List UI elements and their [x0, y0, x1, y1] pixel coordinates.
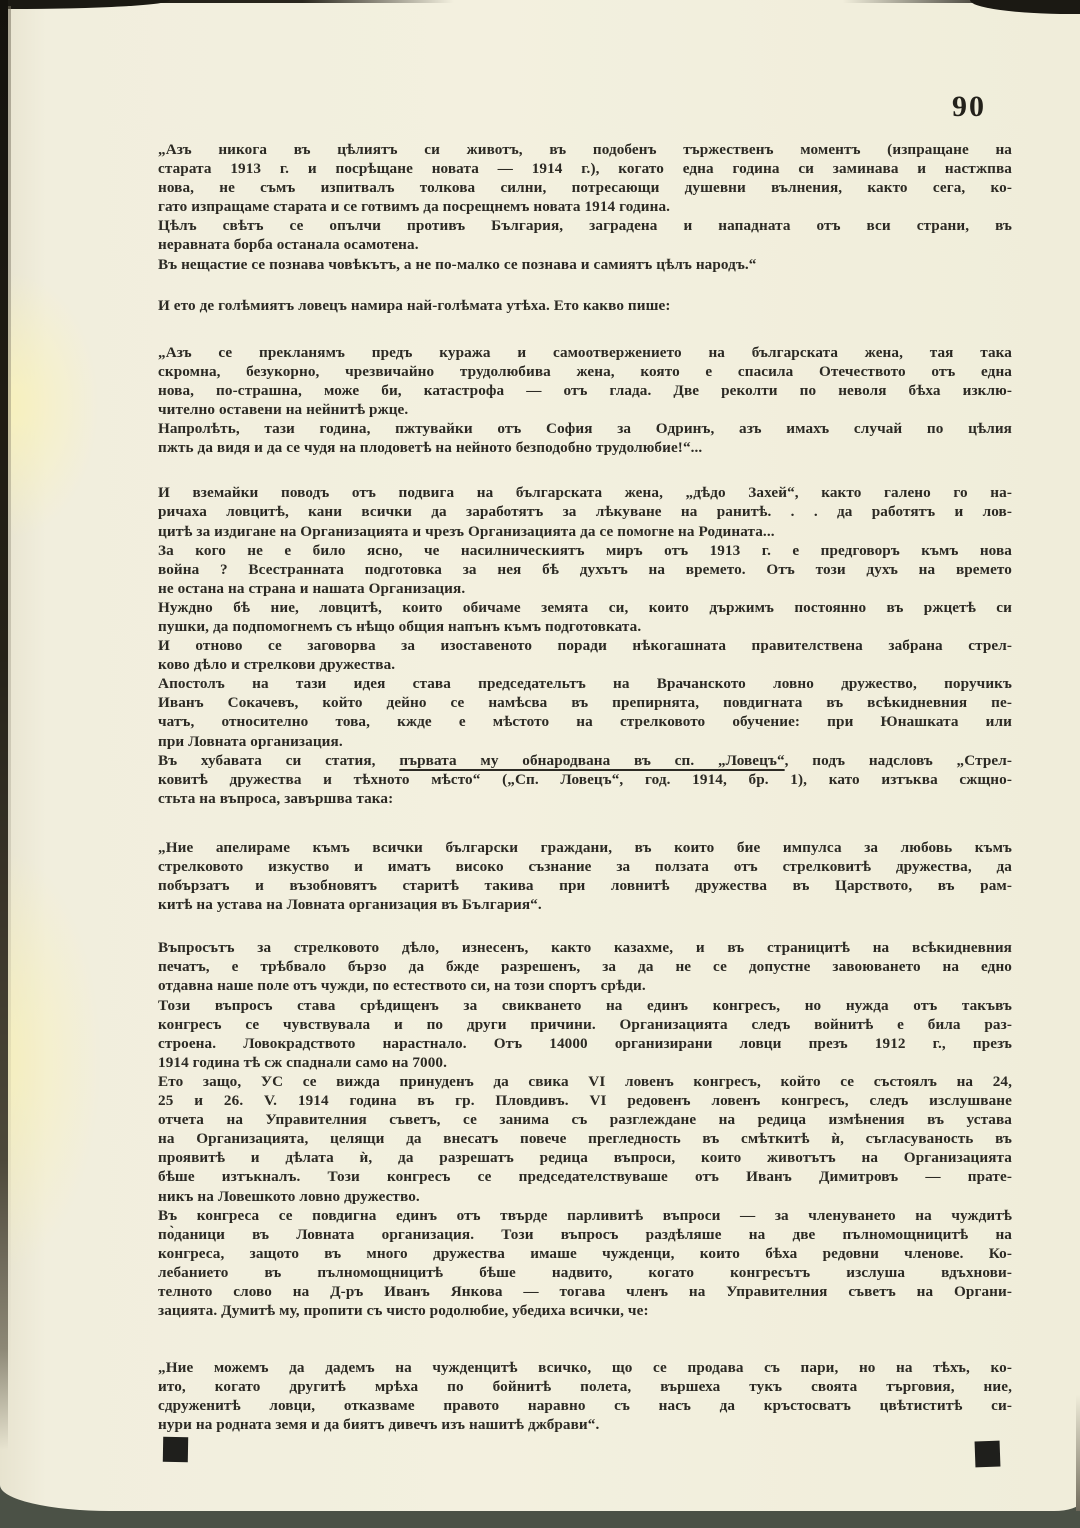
text-line: Въпросътъ за стрелковото дѣло, изнесенъ,… — [158, 938, 1012, 957]
page-number: 90 — [952, 90, 986, 124]
text-line: конгреса, защото въ много дружества имаш… — [158, 1244, 1012, 1263]
book-spine-edge-shadow — [0, 0, 8, 1450]
text-line: Въ конгреса се повдигна единъ отъ твърде… — [158, 1206, 1012, 1225]
scanned-book-page: 90 „Азъ никога въ цѣлиятъ си животъ, въ … — [0, 0, 1080, 1528]
paragraph-block: „Азъ никога въ цѣлиятъ си животъ, въ под… — [158, 140, 1012, 274]
text-line: 25 и 26. V. 1914 година въ гр. Пловдивъ.… — [158, 1091, 1012, 1110]
text-line: Напролѣть, тази година, пжтувайки отъ Со… — [158, 419, 1012, 438]
text-line: никъ на Ловешкото ловно дружество. — [158, 1187, 1012, 1206]
text-line: по̀даници въ Ловната организация. Този в… — [158, 1225, 1012, 1244]
text-segment: , подъ надсловъ „Стрел- — [785, 752, 1012, 769]
text-line: „Азъ се прекланямъ предъ куража и самоот… — [158, 343, 1012, 362]
text-line: И ето де голѣмиятъ ловецъ намира най-гол… — [158, 296, 1012, 315]
text-line: война ? Всестранната подготовка за нея б… — [158, 560, 1012, 579]
text-line: проявитѣ и дѣлата ѝ, да разрешатъ редица… — [158, 1148, 1012, 1167]
text-line: неравната борба останала осамотена. — [158, 235, 1012, 254]
book-spine-edge-shadow-inner — [8, 6, 11, 1386]
text-line: сдруженитѣ ловци, отказваме правото нара… — [158, 1396, 1012, 1415]
text-line: Нуждно бѣ ние, ловцитѣ, които обичаме зе… — [158, 598, 1012, 617]
text-line: пушки, да подпомогнемъ съ нѣщо общия нап… — [158, 617, 1012, 636]
text-line: Този въпросъ става срѣдищенъ за свикване… — [158, 996, 1012, 1015]
text-line: конгресъ се чувствувала и по други причи… — [158, 1015, 1012, 1034]
text-line: „Ние можемъ да дадемъ на чужденцитѣ всич… — [158, 1358, 1012, 1377]
text-line: старата 1913 г. и посрѣщане новата — 191… — [158, 159, 1012, 178]
text-line: ково дѣло и стрелкови дружества. — [158, 655, 1012, 674]
text-line: нова, по-страшна, може би, катастрофа — … — [158, 381, 1012, 400]
text-line: стрелковото изкуство и иматъ високо съзн… — [158, 857, 1012, 876]
paragraph-block: „Ние можемъ да дадемъ на чужденцитѣ всич… — [158, 1358, 1012, 1434]
paragraph-block: И ето де голѣмиятъ ловецъ намира най-гол… — [158, 296, 1012, 315]
text-line: За кого не е било ясно, че насилническия… — [158, 541, 1012, 560]
paragraph-block: „Ние апелираме къмъ всички български гра… — [158, 838, 1012, 914]
text-line: лебанието въ пълномощницитѣ бѣше надвито… — [158, 1263, 1012, 1282]
text-line: „Азъ никога въ цѣлиятъ си животъ, въ под… — [158, 140, 1012, 159]
text-line: пжть да видя и да се чудя на плодоветѣ н… — [158, 438, 1012, 457]
text-line: строена. Ловокрадството нарастнало. Отъ … — [158, 1034, 1012, 1053]
text-block: „Азъ никога въ цѣлиятъ си животъ, въ под… — [158, 140, 1012, 1435]
text-line: побързатъ и възобновятъ старитѣ такива п… — [158, 876, 1012, 895]
text-line: Апостолъ на тази идея става председатель… — [158, 674, 1012, 693]
text-line: на Организацията, целящи да внесатъ пове… — [158, 1129, 1012, 1148]
underlined-phrase: първата му обнародвана въ сп. „Ловецъ“ — [399, 752, 784, 769]
text-line: ричаха ловцитѣ, кани всички да заработят… — [158, 502, 1012, 521]
text-segment: Въ хубавата си статия, — [158, 752, 399, 769]
text-line: не остана на страна и нашата Организация… — [158, 579, 1012, 598]
text-line: чително оставени на нейнитѣ ржце. — [158, 400, 1012, 419]
text-line: телното слово на Д-ръ Иванъ Янкова — тог… — [158, 1282, 1012, 1301]
text-line: ковитѣ дружества и тѣхното мѣсто“ („Сп. … — [158, 770, 1012, 789]
text-line: китѣ на устава на Ловната организация въ… — [158, 895, 1012, 914]
text-line: отдавна наше поле отъ чужди, по естество… — [158, 976, 1012, 995]
text-line: при Ловната организация. — [158, 732, 1012, 751]
text-line: Въ нещастие се познава човѣкътъ, а не по… — [158, 255, 1012, 274]
text-line: скромна, безукорно, чрезвичайно трудолюб… — [158, 362, 1012, 381]
text-line: нури на родната земя и да биятъ дивечъ и… — [158, 1415, 1012, 1434]
text-line: Иванъ Сокачевъ, който дейно се намѣсва в… — [158, 693, 1012, 712]
text-line: стьта на въпроса, завършва така: — [158, 789, 1012, 808]
text-line: „Ние апелираме къмъ всички български гра… — [158, 838, 1012, 857]
text-line: гато изпращаме старата и се готвимъ да п… — [158, 197, 1012, 216]
paragraph-block: Въпросътъ за стрелковото дѣло, изнесенъ,… — [158, 938, 1012, 1320]
paragraph-block: „Азъ се прекланямъ предъ куража и самоот… — [158, 343, 1012, 458]
text-line: бѣше изтъкналъ. Този конгресъ се председ… — [158, 1167, 1012, 1186]
text-line: 1914 година тѣ сж спаднали само на 7000. — [158, 1053, 1012, 1072]
paragraph-block: И вземайки поводъ отъ подвига на българс… — [158, 483, 1012, 808]
text-line: зацията. Думитѣ му, пропити съ чисто род… — [158, 1301, 1012, 1320]
scan-right-edge-shadow — [1076, 1395, 1080, 1511]
text-line: цитѣ за издигане на Организацията и чрез… — [158, 522, 1012, 541]
text-line: печатъ, е трѣбвало бързо да бжде разреше… — [158, 957, 1012, 976]
text-line: отчета на Управителния съветъ, се занима… — [158, 1110, 1012, 1129]
registration-mark-left — [163, 1437, 188, 1462]
text-line: И отново се заговорва за изоставеното по… — [158, 636, 1012, 655]
text-line: ито, когато другитѣ мрѣха по бойнитѣ пол… — [158, 1377, 1012, 1396]
text-line: Ето защо, УС се вижда принуденъ да свика… — [158, 1072, 1012, 1091]
text-line: Въ хубавата си статия, първата му обнаро… — [158, 751, 1012, 770]
registration-mark-right — [975, 1441, 1001, 1468]
text-line: Цѣлъ свѣтъ се опълчи противъ България, з… — [158, 216, 1012, 235]
text-line: И вземайки поводъ отъ подвига на българс… — [158, 483, 1012, 502]
text-line: чатъ, относително това, кжде е мѣстото н… — [158, 712, 1012, 731]
text-line: нова, не съмъ изпитвалъ толкова силни, п… — [158, 178, 1012, 197]
